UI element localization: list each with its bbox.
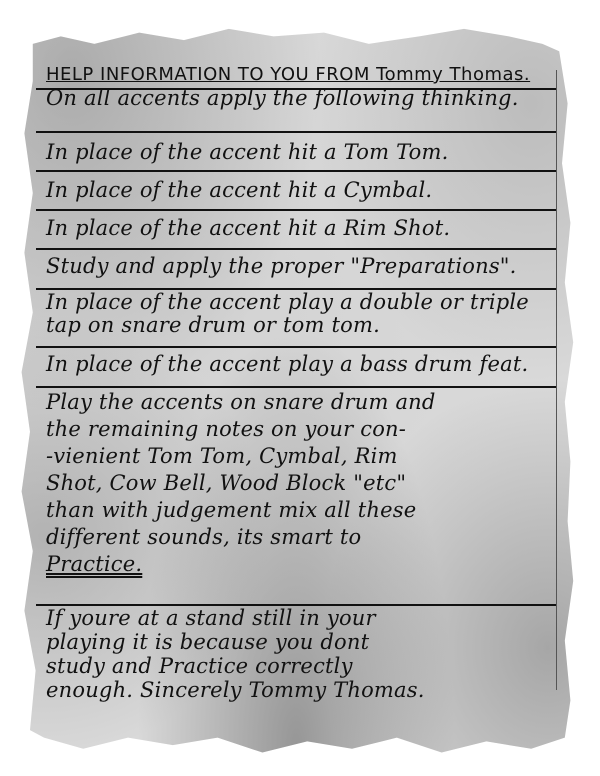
right-margin-line	[556, 70, 557, 690]
ruled-line	[36, 209, 556, 211]
item-4: Study and apply the proper "Preparations…	[46, 254, 517, 278]
item-5-line-2: tap on snare drum or tom tom.	[46, 313, 380, 337]
closing-line-3: study and Practice correctly	[46, 654, 353, 678]
item-6: In place of the accent play a bass drum …	[46, 352, 528, 376]
item-1: In place of the accent hit a Tom Tom.	[46, 140, 448, 164]
closing-line-2: playing it is because you dont	[46, 630, 369, 654]
item-7-line-3: -vienient Tom Tom, Cymbal, Rim	[46, 444, 398, 468]
item-7-line-7: Practice.	[46, 552, 142, 576]
item-7-line-1: Play the accents on snare drum and	[46, 390, 436, 414]
item-7-line-4: Shot, Cow Bell, Wood Block "etc"	[46, 471, 406, 495]
ruled-line	[36, 346, 556, 348]
item-7-line-6: different sounds, its smart to	[46, 525, 361, 549]
ruled-line	[36, 131, 556, 133]
ruled-line	[36, 170, 556, 172]
ruled-line	[36, 386, 556, 388]
document-title: HELP INFORMATION TO YOU FROM Tommy Thoma…	[46, 64, 530, 85]
intro-line: On all accents apply the following think…	[46, 86, 519, 110]
closing-line-4-signature: enough. Sincerely Tommy Thomas.	[46, 678, 425, 702]
item-3: In place of the accent hit a Rim Shot.	[46, 216, 450, 240]
item-7-line-2: the remaining notes on your con-	[46, 417, 406, 441]
item-5-line-1: In place of the accent play a double or …	[46, 290, 529, 314]
ruled-line	[36, 248, 556, 250]
closing-line-1: If youre at a stand still in your	[46, 606, 376, 630]
item-2: In place of the accent hit a Cymbal.	[46, 178, 432, 202]
item-7-line-5: than with judgement mix all these	[46, 498, 416, 522]
